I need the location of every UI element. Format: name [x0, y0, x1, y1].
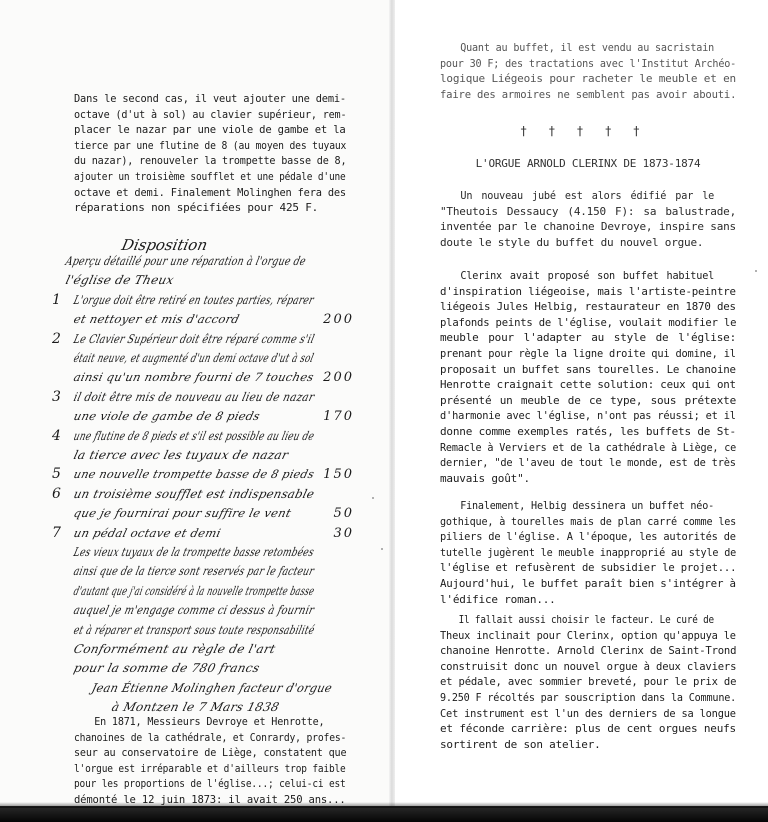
- manuscript-line: une flutine de 8 pieds et s'il est possi…: [72, 429, 316, 443]
- text-line: réparations non spécifiées pour 425 F.: [74, 200, 346, 216]
- manuscript-amount: 170: [323, 409, 354, 424]
- text-line: donne comme exemples ratés, les buffets …: [440, 424, 736, 440]
- manuscript-line: il doit être mis de nouveau au lieu de n…: [72, 390, 316, 404]
- text-line: d'harmonie avec l'église, n'ont pas réus…: [440, 408, 718, 424]
- manuscript-line: ainsi qu'un nombre fourni de 7 touches: [72, 370, 315, 384]
- text-line: Remacle à Verviers et de la cathédrale à…: [440, 440, 713, 456]
- manuscript-item-number: 4: [52, 428, 61, 444]
- manuscript-line: L'orgue doit être retiré en toutes parti…: [72, 293, 315, 307]
- text-line: tutelle jugèrent le meuble inapproprié a…: [440, 545, 713, 561]
- text-line: seur au conservatoire de Liège, constate…: [74, 745, 325, 761]
- section-separator: †††††: [520, 124, 640, 138]
- manuscript-amount: 200: [323, 370, 354, 385]
- manuscript-line: une viole de gambe de 8 pieds: [72, 409, 261, 423]
- manuscript-line: était neuve, et augmenté d'un demi octav…: [72, 351, 315, 365]
- text-line: 9.250 F récoltés par souscription dans l…: [440, 690, 713, 706]
- right-paragraph-3: Clerinx avait proposé son buffet habitue…: [440, 268, 736, 486]
- text-line: Aujourd'hui, le buffet paraît bien s'int…: [440, 576, 730, 592]
- text-line: chanoines de la cathédrale, et Conrardy,…: [74, 730, 314, 746]
- text-line: l'église et refusèrent de subsidier le p…: [440, 560, 724, 576]
- text-line: placer le nazar par une viole de gambe e…: [74, 122, 335, 138]
- text-line: mauvais goût".: [440, 471, 736, 487]
- manuscript-amount: 30: [333, 526, 354, 541]
- manuscript-line: et à réparer et transport sous toute res…: [72, 623, 316, 637]
- cross-icon: †: [548, 124, 555, 138]
- manuscript-line: que je fournirai pour suffire le vent: [72, 506, 292, 520]
- manuscript-item-number: 5: [52, 466, 61, 482]
- left-paragraph-2: En 1871, Messieurs Devroye et Henrotte,c…: [74, 714, 346, 808]
- manuscript-item-number: 7: [52, 525, 61, 541]
- right-paragraph-1: Quant au buffet, il est vendu au sacrist…: [440, 40, 736, 102]
- text-line: et pédale, avec sommier breveté, pour le…: [440, 674, 724, 690]
- manuscript-item-number: 1: [52, 292, 61, 308]
- manuscript-line: ainsi que de la tierce sont reservés par…: [72, 564, 316, 578]
- scan-speck: [381, 548, 383, 550]
- handwritten-manuscript: Disposition Aperçu détaillé pour une rép…: [52, 232, 358, 702]
- cross-icon: †: [520, 124, 527, 138]
- text-line: chanoine Henrotte. Arnold Clerinx de Sai…: [440, 643, 724, 659]
- manuscript-amount: 150: [323, 467, 354, 482]
- right-paragraph-5: Il fallait aussi choisir le facteur. Le …: [440, 612, 736, 752]
- text-line: d'inspiration liégeoise, mais l'artiste-…: [440, 284, 730, 300]
- manuscript-item-number: 6: [52, 486, 61, 502]
- text-line: construisit donc un nouvel orgue à deux …: [440, 659, 724, 675]
- text-line: En 1871, Messieurs Devroye et Henrotte,: [74, 714, 324, 730]
- manuscript-line: d'autant que j'ai considéré à la nouvell…: [72, 584, 316, 598]
- text-line: Il fallait aussi choisir le facteur. Le …: [440, 612, 690, 628]
- manuscript-item-number: 3: [52, 389, 61, 405]
- text-line: dernier, "de l'aveu de tout le monde, es…: [440, 455, 718, 471]
- manuscript-line: la tierce avec les tuyaux de nazar: [72, 448, 290, 462]
- text-line: Un nouveau jubé est alors édifié par le: [440, 188, 714, 204]
- text-line: sortirent de son atelier.: [440, 737, 736, 753]
- text-line: et féconde carrière: plus de cent orgues…: [440, 721, 736, 737]
- scan-speck: [372, 497, 374, 499]
- manuscript-item-number: 2: [52, 331, 61, 347]
- text-line: liégeois Jules Helbig, restaurateur en 1…: [440, 299, 730, 315]
- text-line: "Theutois Dessaucy (4.150 F): sa balustr…: [440, 204, 736, 220]
- text-line: inventée par le chanoine Devroye, inspir…: [440, 219, 736, 235]
- manuscript-line: à Montzen le 7 Mars 1838: [110, 700, 281, 714]
- text-line: tierce par une flutine de 8 (au moyen de…: [74, 138, 314, 154]
- text-line: pour les proportions de l'église...; cel…: [74, 776, 309, 792]
- text-line: pour 30 F; des tractations avec l'Instit…: [440, 56, 713, 72]
- manuscript-line: une nouvelle trompette basse de 8 pieds: [72, 467, 316, 481]
- text-line: proposait un buffet sans tourelles. Le c…: [440, 362, 730, 378]
- manuscript-line: Aperçu détaillé pour une réparation à l'…: [64, 254, 307, 268]
- text-line: Henrotte craignait cette solution: ceux …: [440, 377, 730, 393]
- manuscript-line: un pédal octave et demi: [72, 526, 222, 540]
- right-paragraph-4: Finalement, Helbig dessinera un buffet n…: [440, 498, 736, 607]
- manuscript-line: Jean Étienne Molinghen facteur d'orgue: [90, 681, 333, 695]
- manuscript-line: Le Clavier Supérieur doit être réparé co…: [72, 332, 316, 346]
- text-line: plafonds peints de l'église, voulait mod…: [440, 315, 724, 331]
- scan-bottom-shadow: [0, 806, 768, 822]
- manuscript-line: auquel je m'engage comme ci dessus à fou…: [72, 603, 316, 617]
- text-line: octave et demi. Finalement Molinghen fer…: [74, 185, 330, 201]
- text-line: Dans le second cas, il veut ajouter une …: [74, 91, 330, 107]
- manuscript-line: Conformément au règle de l'art: [72, 642, 277, 656]
- text-line: présenté un meuble de ce type, sous prét…: [440, 393, 736, 409]
- text-line: l'édifice roman...: [440, 592, 736, 608]
- text-line: piliers de l'église. A l'époque, les aut…: [440, 529, 718, 545]
- manuscript-line: et nettoyer et mis d'accord: [72, 312, 241, 326]
- text-line: Cet instrument est l'un des derniers de …: [440, 706, 718, 722]
- text-line: logique Liégeois pour racheter le meuble…: [440, 71, 736, 87]
- section-title: L'ORGUE ARNOLD CLERINX DE 1873-1874: [440, 157, 736, 170]
- text-line: faire des armoires ne semblent pas avoir…: [440, 87, 724, 103]
- book-gutter: [389, 0, 395, 812]
- scan-speck: [755, 270, 757, 272]
- manuscript-amount: 50: [333, 506, 354, 521]
- manuscript-line: un troisième soufflet est indispensable: [72, 487, 316, 501]
- text-line: doute le style du buffet du nouvel orgue…: [440, 235, 736, 251]
- right-paragraph-2: Un nouveau jubé est alors édifié par le"…: [440, 188, 736, 250]
- text-line: l'orgue est irréparable et d'ailleurs tr…: [74, 761, 309, 777]
- text-line: meuble pour l'adapter au style de l'égli…: [440, 330, 736, 346]
- manuscript-line: l'église de Theux: [64, 273, 175, 287]
- text-line: du nazar), renouveler la trompette basse…: [74, 153, 325, 169]
- manuscript-line: Les vieux tuyaux de la trompette basse r…: [72, 545, 315, 559]
- text-line: prenant pour règle la ligne droite qui d…: [440, 346, 718, 362]
- text-line: gothique, à tourelles mais de plan carré…: [440, 514, 713, 530]
- text-line: Clerinx avait proposé son buffet habitue…: [440, 268, 714, 284]
- text-line: ajouter un troisième soufflet et une péd…: [74, 169, 309, 185]
- cross-icon: †: [605, 124, 612, 138]
- manuscript-line: pour la somme de 780 francs: [72, 661, 261, 675]
- text-line: Quant au buffet, il est vendu au sacrist…: [440, 40, 712, 56]
- manuscript-amount: 200: [323, 312, 354, 327]
- text-line: Theux inclinait pour Clerinx, option qu'…: [440, 628, 718, 644]
- book-spread: Dans le second cas, il veut ajouter une …: [0, 0, 768, 822]
- text-line: octave (d'ut à sol) au clavier supérieur…: [74, 107, 325, 123]
- cross-icon: †: [633, 124, 640, 138]
- left-paragraph-1: Dans le second cas, il veut ajouter une …: [74, 91, 346, 216]
- cross-icon: †: [576, 124, 583, 138]
- text-line: Finalement, Helbig dessinera un buffet n…: [440, 498, 712, 514]
- manuscript-title: Disposition: [120, 236, 209, 254]
